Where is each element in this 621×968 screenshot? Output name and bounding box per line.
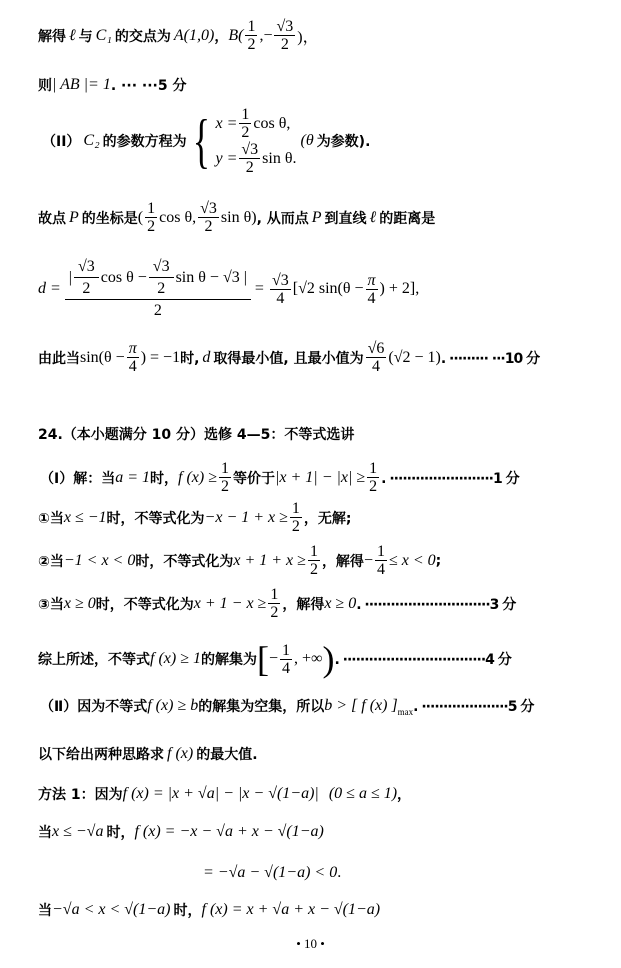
den: 2 bbox=[219, 478, 231, 495]
math-expr: b > [ f (x) ] bbox=[324, 697, 397, 715]
math-a: a = 1 bbox=[115, 469, 150, 487]
case-3-line: ③当 x ≥ 0 时，不等式化为 x + 1 − x ≥ 12 ，解得 x ≥ … bbox=[38, 586, 515, 621]
num: √3 bbox=[239, 141, 260, 159]
subscript-max: max bbox=[398, 707, 414, 717]
part-i-line: （Ⅰ）解：当 a = 1 时， f (x) ≥ 12 等价于 |x + 1| −… bbox=[40, 460, 519, 495]
text: 则 bbox=[38, 75, 52, 95]
num: 1 bbox=[239, 106, 251, 124]
math-sep: ,− bbox=[259, 27, 272, 45]
fraction: 12 bbox=[308, 543, 320, 578]
text: 的最大值. bbox=[196, 744, 257, 764]
text: 的交点为 bbox=[115, 26, 171, 46]
text: 时， bbox=[174, 900, 202, 920]
fraction: √32 bbox=[239, 141, 260, 176]
num: √3 bbox=[270, 272, 291, 290]
fraction: 12 bbox=[268, 586, 280, 621]
num: π bbox=[366, 272, 378, 290]
num: π bbox=[127, 340, 139, 358]
num: 1 bbox=[308, 543, 320, 561]
den: 4 bbox=[280, 660, 292, 677]
fraction: 14 bbox=[375, 543, 387, 578]
text: 的距离是 bbox=[379, 208, 435, 228]
point-b-open: B( bbox=[228, 27, 243, 45]
fraction: 12 bbox=[245, 18, 257, 53]
math-sin: sin θ) bbox=[221, 209, 257, 227]
left-bracket: [ bbox=[257, 638, 269, 680]
fraction: 12 bbox=[145, 200, 157, 235]
fraction: π4 bbox=[127, 340, 139, 375]
den: 4 bbox=[274, 290, 286, 307]
math-result: ≤ x < 0 bbox=[389, 552, 436, 570]
paren: ( bbox=[138, 209, 143, 227]
left-brace: { bbox=[192, 111, 209, 171]
text: 以下给出两种思路求 bbox=[38, 744, 164, 764]
math-p: P bbox=[312, 209, 322, 227]
math-eq: ) = −1 bbox=[141, 349, 180, 367]
math-cond: (0 ≤ a ≤ 1) bbox=[329, 785, 397, 803]
text: ; bbox=[436, 553, 442, 569]
text: （Ⅱ）因为不等式 bbox=[40, 696, 147, 716]
text: （Ⅰ）解：当 bbox=[40, 468, 115, 488]
text: 的参数方程为 bbox=[103, 131, 187, 151]
math-result: x ≥ 0 bbox=[324, 595, 356, 613]
method-1-case-1-result: = −√a − √(1−a) < 0 . bbox=[203, 864, 341, 882]
ab-length-line: 则 | AB |= 1 . ··· ···5 分 bbox=[38, 75, 186, 95]
math-close: )， bbox=[297, 24, 318, 47]
den: 4 bbox=[370, 358, 382, 375]
num: √6 bbox=[366, 340, 387, 358]
math-c2: C₂ bbox=[83, 132, 99, 150]
score-5: . ····················5 分 bbox=[413, 696, 533, 716]
math-f: f (x) ≥ bbox=[178, 469, 217, 487]
text: 方法 1：因为 bbox=[38, 784, 123, 804]
text: 当 bbox=[38, 900, 52, 920]
score-1: . ························1 分 bbox=[381, 468, 518, 488]
case-1-line: ①当 x ≤ −1 时，不等式化为 −x − 1 + x ≥ 12 ，无解; bbox=[38, 500, 352, 535]
text: ，解得 bbox=[322, 551, 364, 571]
den: 2 bbox=[290, 518, 302, 535]
text: ②当 bbox=[38, 551, 64, 571]
den: 2 bbox=[239, 124, 251, 141]
method-intro-line: 以下给出两种思路求 f (x) 的最大值. bbox=[38, 744, 258, 764]
page-number: • 10 • bbox=[0, 936, 621, 952]
fraction: √32 bbox=[74, 258, 99, 297]
den: 2 bbox=[244, 159, 256, 176]
right-paren: ) bbox=[322, 638, 334, 680]
num: √3 bbox=[74, 258, 99, 278]
equation-y: y = √32 sin θ. bbox=[215, 141, 296, 176]
part-ii-line: （Ⅱ）因为不等式 f (x) ≥ b 的解集为空集，所以 b > [ f (x)… bbox=[40, 696, 533, 716]
lhs: y = bbox=[215, 150, 237, 168]
fraction: √34 bbox=[270, 272, 291, 307]
math-f: f (x) bbox=[167, 745, 193, 763]
text: 时，不等式化为 bbox=[107, 508, 205, 528]
math-c1: C₁ bbox=[96, 27, 112, 45]
distance-fraction: | √32 cos θ − √32 sin θ − √3 | 2 bbox=[65, 258, 251, 320]
text: 综上所述，不等式 bbox=[38, 649, 150, 669]
math-expr: x + 1 + x ≥ bbox=[233, 552, 306, 570]
num: 1 bbox=[145, 200, 157, 218]
summary-line: 综上所述，不等式 f (x) ≥ 1 的解集为 [ − 14 , +∞ ) . … bbox=[38, 638, 511, 680]
math-abs: |x + 1| − |x| ≥ bbox=[275, 469, 365, 487]
math-bracket: [√2 sin(θ − bbox=[293, 280, 364, 298]
text: 故点 bbox=[38, 208, 66, 228]
fraction: 14 bbox=[280, 642, 292, 677]
score-3: . ·····························3 分 bbox=[356, 594, 515, 614]
den: 2 bbox=[203, 218, 215, 235]
equals: = bbox=[255, 280, 264, 298]
den: 4 bbox=[366, 290, 378, 307]
period: . bbox=[337, 864, 341, 882]
lhs: x = bbox=[215, 115, 237, 133]
den: 2 bbox=[145, 218, 157, 235]
den: 4 bbox=[375, 561, 387, 578]
math-end: ) + 2], bbox=[380, 280, 420, 298]
num: 1 bbox=[367, 460, 379, 478]
den: 2 bbox=[80, 278, 92, 297]
text: ， bbox=[214, 26, 228, 46]
math-ell: ℓ bbox=[69, 27, 76, 45]
point-a: A(1,0) bbox=[174, 27, 214, 45]
math-expr: −x − 1 + x ≥ bbox=[205, 509, 288, 527]
fraction: √32 bbox=[274, 18, 295, 53]
case-2-line: ②当 −1 < x < 0 时，不等式化为 x + 1 + x ≥ 12 ，解得… bbox=[38, 543, 441, 578]
text: ， bbox=[397, 784, 411, 804]
score-10: . ········· ···10 分 bbox=[441, 348, 539, 368]
math-expr: x + 1 − x ≥ bbox=[194, 595, 267, 613]
num: 1 bbox=[290, 500, 302, 518]
math-cond: x ≤ −1 bbox=[64, 509, 107, 527]
math-cond: −√a < x < √(1−a) bbox=[52, 901, 171, 919]
minus: − bbox=[364, 552, 373, 570]
math-cond: −1 < x < 0 bbox=[64, 552, 136, 570]
rhs: sin θ. bbox=[262, 150, 296, 168]
math-cond: x ≥ 0 bbox=[64, 595, 96, 613]
num: 1 bbox=[219, 460, 231, 478]
denominator: 2 bbox=[154, 300, 162, 320]
num: 1 bbox=[245, 18, 257, 36]
part-ii-label: （II） bbox=[42, 131, 80, 151]
math-expr: = −√a − √(1−a) < 0 bbox=[203, 864, 337, 882]
num: 1 bbox=[280, 642, 292, 660]
den: 2 bbox=[245, 36, 257, 53]
minus: − bbox=[269, 650, 278, 668]
point-p-line: 故点 P 的坐标是 ( 12 cos θ, √32 sin θ) , 从而点 P… bbox=[38, 200, 435, 235]
math-expr: f (x) = |x + √a| − |x − √(1−a)| bbox=[123, 785, 319, 803]
fraction: 12 bbox=[239, 106, 251, 141]
equation-x: x = 12 cos θ, bbox=[215, 106, 296, 141]
rhs: cos θ, bbox=[253, 115, 290, 133]
text: ，解得 bbox=[282, 594, 324, 614]
text: 时， bbox=[150, 468, 178, 488]
math-expr: f (x) = −x − √a + x − √(1−a) bbox=[134, 823, 323, 841]
intersection-line: 解得 ℓ 与 C₁ 的交点为 A(1,0) ， B( 12 ,− √32 )， bbox=[38, 18, 319, 53]
text: 到直线 bbox=[325, 208, 367, 228]
heading: 24.（本小题满分 10 分）选修 4—5：不等式选讲 bbox=[38, 424, 354, 444]
text: 的解集为空集，所以 bbox=[198, 696, 324, 716]
text: , 从而点 bbox=[257, 208, 309, 228]
math-ab: | AB |= 1 bbox=[52, 76, 111, 94]
minimum-line: 由此当 sin(θ − π4 ) = −1 时, d 取得最小值, 且最小值为 … bbox=[38, 340, 539, 375]
math-theta: (θ bbox=[301, 132, 314, 150]
math-expr: f (x) = x + √a + x − √(1−a) bbox=[202, 901, 381, 919]
math-d: d bbox=[202, 349, 210, 367]
question-24-title: 24.（本小题满分 10 分）选修 4—5：不等式选讲 bbox=[38, 424, 354, 444]
text: 时，不等式化为 bbox=[135, 551, 233, 571]
text: ①当 bbox=[38, 508, 64, 528]
den: 2 bbox=[268, 604, 280, 621]
num: √3 bbox=[274, 18, 295, 36]
numerator: | √32 cos θ − √32 sin θ − √3 | bbox=[65, 258, 251, 300]
text: 与 bbox=[79, 26, 93, 46]
fraction: 12 bbox=[290, 500, 302, 535]
text: 等价于 bbox=[233, 468, 275, 488]
text: 解得 bbox=[38, 26, 66, 46]
num: √3 bbox=[149, 258, 174, 278]
num: 1 bbox=[375, 543, 387, 561]
den: 2 bbox=[155, 278, 167, 297]
fraction: √64 bbox=[366, 340, 387, 375]
text: ③当 bbox=[38, 594, 64, 614]
fraction: π4 bbox=[366, 272, 378, 307]
text: 当 bbox=[38, 822, 52, 842]
score-5: . ··· ···5 分 bbox=[111, 75, 187, 95]
text: 时，不等式化为 bbox=[96, 594, 194, 614]
math-cond: x ≤ −√a bbox=[52, 823, 103, 841]
fraction: √32 bbox=[149, 258, 174, 297]
math-f: f (x) ≥ 1 bbox=[150, 650, 201, 668]
infinity: , +∞ bbox=[294, 650, 322, 668]
text: 由此当 bbox=[38, 348, 80, 368]
text: 的坐标是 bbox=[82, 208, 138, 228]
math-d: d = bbox=[38, 280, 61, 298]
text: 取得最小值, 且最小值为 bbox=[213, 348, 363, 368]
math-cos: cos θ, bbox=[159, 209, 196, 227]
math-val: (√2 − 1) bbox=[388, 349, 440, 367]
den: 2 bbox=[367, 478, 379, 495]
fraction: √32 bbox=[198, 200, 219, 235]
math-sin: sin(θ − bbox=[80, 349, 125, 367]
distance-formula: d = | √32 cos θ − √32 sin θ − √3 | 2 = √… bbox=[38, 258, 419, 320]
score-4: . ·································4 分 bbox=[334, 649, 510, 669]
num: √3 bbox=[198, 200, 219, 218]
fraction: 12 bbox=[367, 460, 379, 495]
text: ，无解; bbox=[304, 508, 352, 528]
c2-param-line: （II） C₂ 的参数方程为 { x = 12 cos θ, y = √32 s… bbox=[42, 106, 370, 176]
den: 2 bbox=[308, 561, 320, 578]
math-sin: sin θ − √3 | bbox=[176, 269, 247, 287]
math-f: f (x) ≥ b bbox=[147, 697, 198, 715]
text: 的解集为 bbox=[201, 649, 257, 669]
method-1-line: 方法 1：因为 f (x) = |x + √a| − |x − √(1−a)| … bbox=[38, 784, 411, 804]
equation-system: x = 12 cos θ, y = √32 sin θ. bbox=[215, 106, 296, 176]
num: 1 bbox=[268, 586, 280, 604]
method-1-case-1: 当 x ≤ −√a 时， f (x) = −x − √a + x − √(1−a… bbox=[38, 822, 324, 842]
math-cos: cos θ − bbox=[101, 269, 147, 287]
math-ell: ℓ bbox=[370, 209, 377, 227]
text: 时， bbox=[106, 822, 134, 842]
method-1-case-2: 当 −√a < x < √(1−a) 时， f (x) = x + √a + x… bbox=[38, 900, 380, 920]
fraction: 12 bbox=[219, 460, 231, 495]
text: 为参数). bbox=[317, 131, 371, 151]
math-p: P bbox=[69, 209, 79, 227]
text: 时, bbox=[180, 348, 199, 368]
den: 4 bbox=[127, 358, 139, 375]
abs-bar: | bbox=[69, 269, 72, 287]
den: 2 bbox=[279, 36, 291, 53]
